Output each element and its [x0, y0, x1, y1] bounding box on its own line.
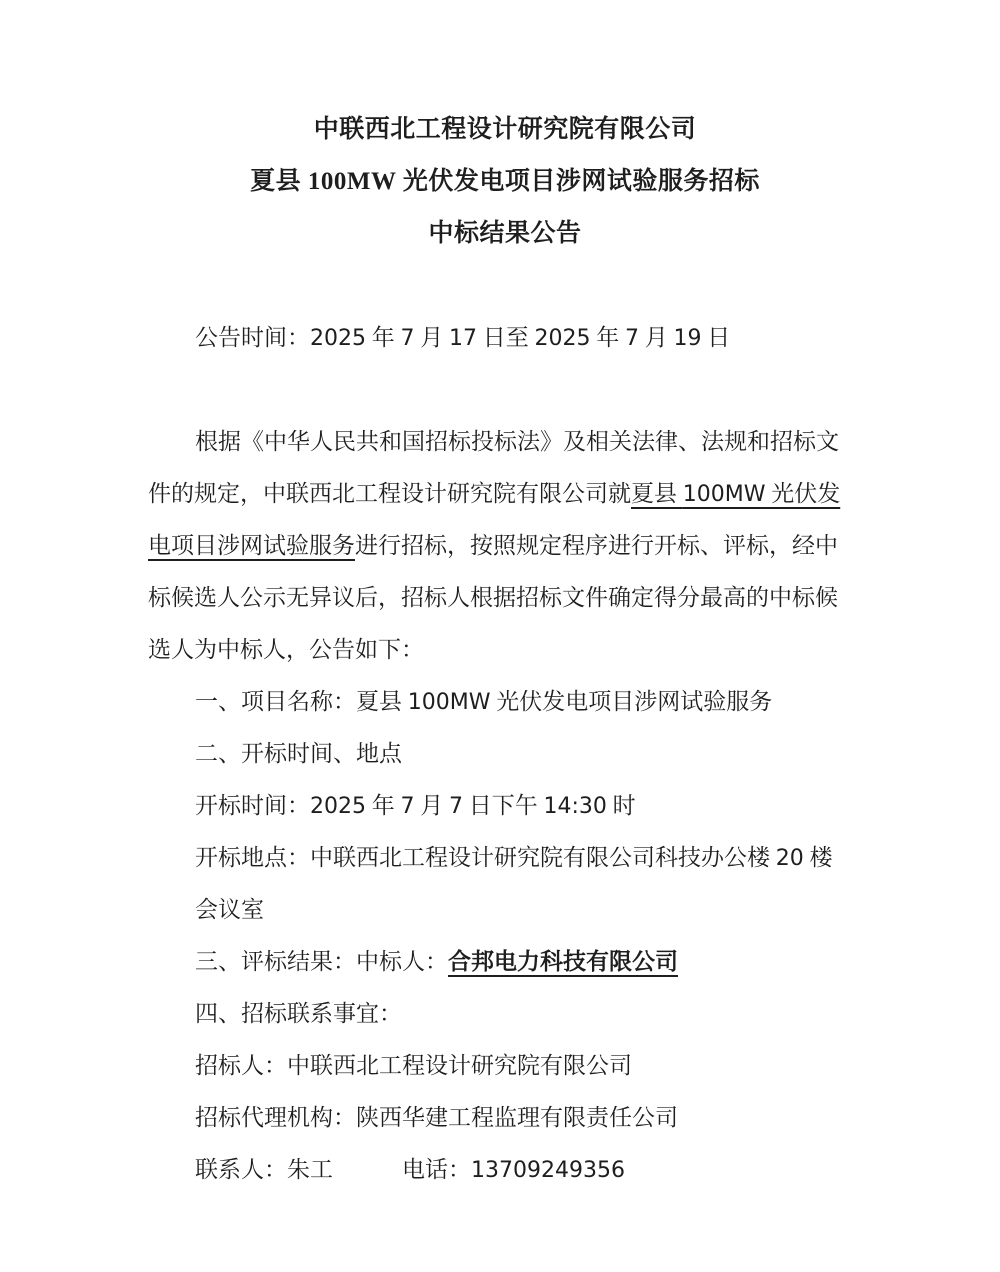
document-page: 中联西北工程设计研究院有限公司夏县 100MW 光伏发电项目涉网试验服务招标中标…	[0, 0, 1000, 1272]
text-run: 年	[366, 793, 401, 818]
text-run: 三、评标结果：中标人：	[195, 949, 448, 974]
bid-opening-place: 开标地点：中联西北工程设计研究院有限公司科技办公楼 20 楼	[148, 832, 862, 884]
text-run: 年	[366, 325, 401, 350]
title-project: 夏县 100MW 光伏发电项目涉网试验服务招标	[148, 156, 862, 208]
text-run: 夏县 100MW 光伏发电项目涉网试验服务招标	[250, 168, 760, 195]
text-run: 中联西北工程设计研究院有限公司	[314, 116, 697, 143]
text-run: 一、项目名称：夏县	[195, 689, 408, 714]
text-run: 四、招标联系事宜：	[195, 1001, 402, 1026]
paragraph-line-5: 选人为中标人，公告如下：	[148, 624, 862, 676]
tenderee: 招标人：中联西北工程设计研究院有限公司	[148, 1040, 862, 1092]
bid-opening-time: 开标时间：2025 年 7 月 7 日下午 14:30 时	[148, 780, 862, 832]
text-run: 二、开标时间、地点	[195, 741, 402, 766]
text-run: 日下午	[463, 793, 544, 818]
text-run: 7	[401, 794, 415, 819]
text-run: 7	[625, 326, 639, 351]
text-run: 开标地点：中联西北工程设计研究院有限公司科技办公楼	[195, 845, 776, 870]
text-run: 13709249356	[471, 1158, 625, 1183]
text-run: 合邦电力科技有限公司	[448, 949, 678, 974]
text-run: 日	[702, 325, 731, 350]
text-run: 光伏发电项目涉网试验服务	[490, 689, 772, 714]
text-run: 2025	[310, 326, 366, 351]
text-run: 14:30	[544, 794, 607, 819]
blank-line	[148, 364, 862, 416]
title-company: 中联西北工程设计研究院有限公司	[148, 104, 862, 156]
text-run: 光伏发	[765, 481, 840, 506]
text-run: 根据《中华人民共和国招标投标法》及相关法律、法规和招标文	[195, 429, 839, 454]
text-run: 100MW	[683, 482, 766, 507]
text-run: 开标时间：	[195, 793, 310, 818]
text-run: 7	[449, 794, 463, 819]
text-run: 日至	[477, 325, 535, 350]
item-evaluation-result: 三、评标结果：中标人：合邦电力科技有限公司	[148, 936, 862, 988]
text-run: 选人为中标人，公告如下：	[148, 637, 424, 662]
text-run: 年	[591, 325, 626, 350]
item-project-name: 一、项目名称：夏县 100MW 光伏发电项目涉网试验服务	[148, 676, 862, 728]
text-run: 会议室	[195, 897, 264, 922]
text-run: 月	[415, 793, 450, 818]
text-run: 件的规定，中联西北工程设计研究院有限公司就	[148, 481, 631, 506]
paragraph-line-2: 件的规定，中联西北工程设计研究院有限公司就夏县 100MW 光伏发	[148, 468, 862, 520]
text-run: 标候选人公示无异议后，招标人根据招标文件确定得分最高的中标候	[148, 585, 838, 610]
blank-line	[148, 260, 862, 312]
text-run: 夏县	[631, 481, 683, 506]
text-run: 公告时间：	[195, 325, 310, 350]
text-run: 进行招标，按照规定程序进行开标、评标，经中	[355, 533, 838, 558]
paragraph-line-1: 根据《中华人民共和国招标投标法》及相关法律、法规和招标文	[148, 416, 862, 468]
text-run: 时	[607, 793, 636, 818]
paragraph-line-3: 电项目涉网试验服务进行招标，按照规定程序进行开标、评标，经中	[148, 520, 862, 572]
text-run: 楼	[804, 845, 833, 870]
text-run: 招标人：中联西北工程设计研究院有限公司	[195, 1053, 632, 1078]
item-bid-opening: 二、开标时间、地点	[148, 728, 862, 780]
text-run: 20	[776, 846, 804, 871]
text-run: 中标结果公告	[428, 220, 581, 247]
text-run: 联系人：朱工 电话：	[195, 1157, 471, 1182]
paragraph-line-4: 标候选人公示无异议后，招标人根据招标文件确定得分最高的中标候	[148, 572, 862, 624]
text-run: 2025	[535, 326, 591, 351]
text-run: 月	[639, 325, 674, 350]
title-doc-type: 中标结果公告	[148, 208, 862, 260]
text-run: 100MW	[408, 690, 491, 715]
item-contact-matters: 四、招标联系事宜：	[148, 988, 862, 1040]
text-run: 招标代理机构：陕西华建工程监理有限责任公司	[195, 1105, 678, 1130]
text-run: 2025	[310, 794, 366, 819]
text-run: 17	[449, 326, 477, 351]
text-run: 月	[415, 325, 450, 350]
bid-opening-place-cont: 会议室	[148, 884, 862, 936]
announcement-time: 公告时间：2025 年 7 月 17 日至 2025 年 7 月 19 日	[148, 312, 862, 364]
text-run: 电项目涉网试验服务	[148, 533, 355, 558]
contact-person-phone: 联系人：朱工 电话：13709249356	[148, 1144, 862, 1196]
text-run: 7	[401, 326, 415, 351]
tender-agency: 招标代理机构：陕西华建工程监理有限责任公司	[148, 1092, 862, 1144]
text-run: 19	[674, 326, 702, 351]
